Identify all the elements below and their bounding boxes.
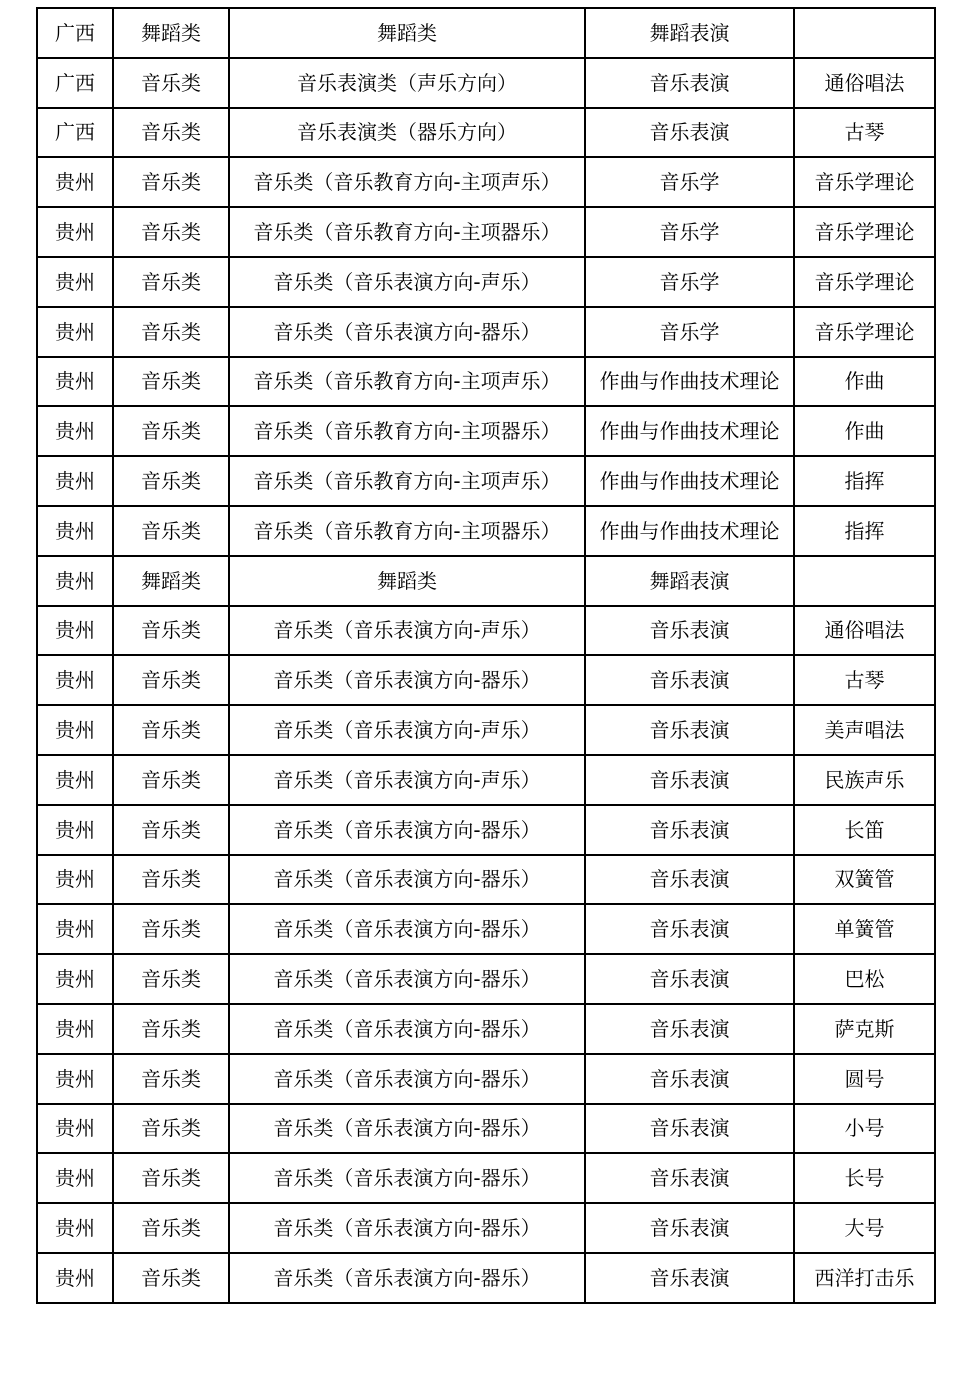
province-cell: 贵州 [37, 954, 113, 1004]
table-row: 贵州舞蹈类舞蹈类舞蹈表演 [37, 556, 935, 606]
direction-cell: 圆号 [794, 1054, 935, 1104]
category-cell: 音乐类 [113, 606, 229, 656]
direction-cell: 作曲 [794, 406, 935, 456]
province-cell: 贵州 [37, 606, 113, 656]
exam-type-cell: 音乐类（音乐表演方向-声乐） [229, 257, 585, 307]
province-cell: 贵州 [37, 556, 113, 606]
direction-cell: 古琴 [794, 655, 935, 705]
direction-cell: 大号 [794, 1203, 935, 1253]
major-cell: 音乐表演 [585, 655, 794, 705]
province-cell: 贵州 [37, 755, 113, 805]
province-cell: 贵州 [37, 456, 113, 506]
category-cell: 音乐类 [113, 904, 229, 954]
category-cell: 音乐类 [113, 655, 229, 705]
province-cell: 贵州 [37, 705, 113, 755]
major-cell: 音乐表演 [585, 1203, 794, 1253]
category-cell: 音乐类 [113, 58, 229, 108]
direction-cell: 音乐学理论 [794, 257, 935, 307]
direction-cell: 小号 [794, 1104, 935, 1154]
direction-cell: 单簧管 [794, 904, 935, 954]
direction-cell [794, 8, 935, 58]
major-cell: 音乐表演 [585, 606, 794, 656]
exam-type-cell: 音乐类（音乐表演方向-器乐） [229, 1253, 585, 1303]
province-cell: 贵州 [37, 805, 113, 855]
exam-type-cell: 音乐表演类（器乐方向） [229, 108, 585, 158]
category-cell: 音乐类 [113, 855, 229, 905]
province-cell: 贵州 [37, 1203, 113, 1253]
major-cell: 音乐表演 [585, 954, 794, 1004]
exam-type-cell: 音乐类（音乐表演方向-器乐） [229, 655, 585, 705]
exam-type-cell: 音乐类（音乐表演方向-声乐） [229, 755, 585, 805]
direction-cell: 音乐学理论 [794, 157, 935, 207]
table-row: 贵州音乐类音乐类（音乐表演方向-器乐）音乐表演单簧管 [37, 904, 935, 954]
category-cell: 音乐类 [113, 108, 229, 158]
table-row: 贵州音乐类音乐类（音乐教育方向-主项器乐）作曲与作曲技术理论作曲 [37, 406, 935, 456]
direction-cell: 民族声乐 [794, 755, 935, 805]
table-row: 贵州音乐类音乐类（音乐表演方向-声乐）音乐表演通俗唱法 [37, 606, 935, 656]
direction-cell: 长号 [794, 1153, 935, 1203]
exam-type-cell: 音乐类（音乐教育方向-主项声乐） [229, 357, 585, 407]
exam-type-cell: 音乐类（音乐表演方向-器乐） [229, 954, 585, 1004]
major-cell: 音乐学 [585, 257, 794, 307]
exam-type-cell: 音乐类（音乐表演方向-器乐） [229, 1054, 585, 1104]
category-cell: 音乐类 [113, 954, 229, 1004]
province-cell: 贵州 [37, 357, 113, 407]
province-cell: 贵州 [37, 1004, 113, 1054]
category-cell: 音乐类 [113, 705, 229, 755]
table-row: 贵州音乐类音乐类（音乐表演方向-器乐）音乐表演巴松 [37, 954, 935, 1004]
direction-cell: 美声唱法 [794, 705, 935, 755]
major-cell: 音乐学 [585, 157, 794, 207]
province-cell: 广西 [37, 58, 113, 108]
exam-type-cell: 音乐类（音乐表演方向-器乐） [229, 1004, 585, 1054]
category-cell: 音乐类 [113, 207, 229, 257]
category-cell: 音乐类 [113, 1253, 229, 1303]
direction-cell: 音乐学理论 [794, 207, 935, 257]
exam-type-cell: 音乐类（音乐表演方向-器乐） [229, 855, 585, 905]
category-cell: 音乐类 [113, 406, 229, 456]
exam-type-cell: 音乐表演类（声乐方向） [229, 58, 585, 108]
major-cell: 作曲与作曲技术理论 [585, 357, 794, 407]
exam-type-cell: 音乐类（音乐表演方向-声乐） [229, 606, 585, 656]
category-cell: 音乐类 [113, 157, 229, 207]
table-row: 广西音乐类音乐表演类（声乐方向）音乐表演通俗唱法 [37, 58, 935, 108]
major-cell: 作曲与作曲技术理论 [585, 406, 794, 456]
table-row: 广西音乐类音乐表演类（器乐方向）音乐表演古琴 [37, 108, 935, 158]
table-row: 贵州音乐类音乐类（音乐表演方向-器乐）音乐表演大号 [37, 1203, 935, 1253]
direction-cell: 巴松 [794, 954, 935, 1004]
category-cell: 音乐类 [113, 357, 229, 407]
major-cell: 音乐表演 [585, 705, 794, 755]
admission-table: 广西舞蹈类舞蹈类舞蹈表演广西音乐类音乐表演类（声乐方向）音乐表演通俗唱法广西音乐… [36, 7, 936, 1304]
table-row: 贵州音乐类音乐类（音乐教育方向-主项声乐）作曲与作曲技术理论指挥 [37, 456, 935, 506]
major-cell: 作曲与作曲技术理论 [585, 456, 794, 506]
table-row: 贵州音乐类音乐类（音乐教育方向-主项器乐）音乐学音乐学理论 [37, 207, 935, 257]
major-cell: 音乐表演 [585, 58, 794, 108]
major-cell: 作曲与作曲技术理论 [585, 506, 794, 556]
province-cell: 贵州 [37, 506, 113, 556]
province-cell: 广西 [37, 108, 113, 158]
category-cell: 音乐类 [113, 1004, 229, 1054]
direction-cell: 作曲 [794, 357, 935, 407]
major-cell: 音乐学 [585, 207, 794, 257]
province-cell: 贵州 [37, 157, 113, 207]
direction-cell: 古琴 [794, 108, 935, 158]
major-cell: 舞蹈表演 [585, 556, 794, 606]
category-cell: 舞蹈类 [113, 8, 229, 58]
province-cell: 贵州 [37, 904, 113, 954]
direction-cell [794, 556, 935, 606]
direction-cell: 通俗唱法 [794, 58, 935, 108]
exam-type-cell: 音乐类（音乐表演方向-器乐） [229, 307, 585, 357]
direction-cell: 萨克斯 [794, 1004, 935, 1054]
category-cell: 音乐类 [113, 805, 229, 855]
table-row: 广西舞蹈类舞蹈类舞蹈表演 [37, 8, 935, 58]
category-cell: 音乐类 [113, 257, 229, 307]
province-cell: 贵州 [37, 406, 113, 456]
category-cell: 音乐类 [113, 755, 229, 805]
exam-type-cell: 音乐类（音乐表演方向-器乐） [229, 1203, 585, 1253]
table-row: 贵州音乐类音乐类（音乐表演方向-器乐）音乐表演西洋打击乐 [37, 1253, 935, 1303]
table-row: 贵州音乐类音乐类（音乐表演方向-器乐）音乐表演长号 [37, 1153, 935, 1203]
major-cell: 音乐表演 [585, 755, 794, 805]
table-row: 贵州音乐类音乐类（音乐表演方向-器乐）音乐表演小号 [37, 1104, 935, 1154]
category-cell: 音乐类 [113, 456, 229, 506]
table-row: 贵州音乐类音乐类（音乐表演方向-声乐）音乐表演美声唱法 [37, 705, 935, 755]
exam-type-cell: 音乐类（音乐教育方向-主项器乐） [229, 406, 585, 456]
major-cell: 音乐学 [585, 307, 794, 357]
province-cell: 贵州 [37, 257, 113, 307]
category-cell: 音乐类 [113, 1054, 229, 1104]
table-row: 贵州音乐类音乐类（音乐教育方向-主项声乐）音乐学音乐学理论 [37, 157, 935, 207]
category-cell: 音乐类 [113, 506, 229, 556]
exam-type-cell: 音乐类（音乐教育方向-主项器乐） [229, 506, 585, 556]
direction-cell: 指挥 [794, 506, 935, 556]
table-row: 贵州音乐类音乐类（音乐表演方向-器乐）音乐学音乐学理论 [37, 307, 935, 357]
category-cell: 舞蹈类 [113, 556, 229, 606]
exam-type-cell: 音乐类（音乐表演方向-声乐） [229, 705, 585, 755]
category-cell: 音乐类 [113, 307, 229, 357]
province-cell: 贵州 [37, 207, 113, 257]
exam-type-cell: 舞蹈类 [229, 8, 585, 58]
exam-type-cell: 音乐类（音乐表演方向-器乐） [229, 1153, 585, 1203]
province-cell: 贵州 [37, 1104, 113, 1154]
table-row: 贵州音乐类音乐类（音乐表演方向-器乐）音乐表演长笛 [37, 805, 935, 855]
exam-type-cell: 音乐类（音乐教育方向-主项声乐） [229, 456, 585, 506]
province-cell: 贵州 [37, 855, 113, 905]
exam-type-cell: 音乐类（音乐表演方向-器乐） [229, 904, 585, 954]
major-cell: 音乐表演 [585, 805, 794, 855]
province-cell: 贵州 [37, 1153, 113, 1203]
direction-cell: 音乐学理论 [794, 307, 935, 357]
direction-cell: 长笛 [794, 805, 935, 855]
table-row: 贵州音乐类音乐类（音乐表演方向-声乐）音乐表演民族声乐 [37, 755, 935, 805]
table-row: 贵州音乐类音乐类（音乐教育方向-主项声乐）作曲与作曲技术理论作曲 [37, 357, 935, 407]
table-row: 贵州音乐类音乐类（音乐表演方向-器乐）音乐表演萨克斯 [37, 1004, 935, 1054]
exam-type-cell: 音乐类（音乐教育方向-主项器乐） [229, 207, 585, 257]
direction-cell: 指挥 [794, 456, 935, 506]
province-cell: 贵州 [37, 1054, 113, 1104]
province-cell: 广西 [37, 8, 113, 58]
major-cell: 音乐表演 [585, 1253, 794, 1303]
major-cell: 音乐表演 [585, 904, 794, 954]
table-row: 贵州音乐类音乐类（音乐表演方向-声乐）音乐学音乐学理论 [37, 257, 935, 307]
exam-type-cell: 音乐类（音乐表演方向-器乐） [229, 1104, 585, 1154]
direction-cell: 西洋打击乐 [794, 1253, 935, 1303]
category-cell: 音乐类 [113, 1104, 229, 1154]
major-cell: 音乐表演 [585, 855, 794, 905]
province-cell: 贵州 [37, 1253, 113, 1303]
province-cell: 贵州 [37, 655, 113, 705]
table-row: 贵州音乐类音乐类（音乐表演方向-器乐）音乐表演双簧管 [37, 855, 935, 905]
major-cell: 音乐表演 [585, 1153, 794, 1203]
category-cell: 音乐类 [113, 1153, 229, 1203]
major-cell: 音乐表演 [585, 108, 794, 158]
exam-type-cell: 音乐类（音乐表演方向-器乐） [229, 805, 585, 855]
major-cell: 舞蹈表演 [585, 8, 794, 58]
major-cell: 音乐表演 [585, 1004, 794, 1054]
category-cell: 音乐类 [113, 1203, 229, 1253]
major-cell: 音乐表演 [585, 1104, 794, 1154]
province-cell: 贵州 [37, 307, 113, 357]
direction-cell: 双簧管 [794, 855, 935, 905]
major-cell: 音乐表演 [585, 1054, 794, 1104]
table-row: 贵州音乐类音乐类（音乐表演方向-器乐）音乐表演圆号 [37, 1054, 935, 1104]
exam-type-cell: 音乐类（音乐教育方向-主项声乐） [229, 157, 585, 207]
table-row: 贵州音乐类音乐类（音乐表演方向-器乐）音乐表演古琴 [37, 655, 935, 705]
table-row: 贵州音乐类音乐类（音乐教育方向-主项器乐）作曲与作曲技术理论指挥 [37, 506, 935, 556]
table-body: 广西舞蹈类舞蹈类舞蹈表演广西音乐类音乐表演类（声乐方向）音乐表演通俗唱法广西音乐… [37, 8, 935, 1303]
exam-type-cell: 舞蹈类 [229, 556, 585, 606]
direction-cell: 通俗唱法 [794, 606, 935, 656]
